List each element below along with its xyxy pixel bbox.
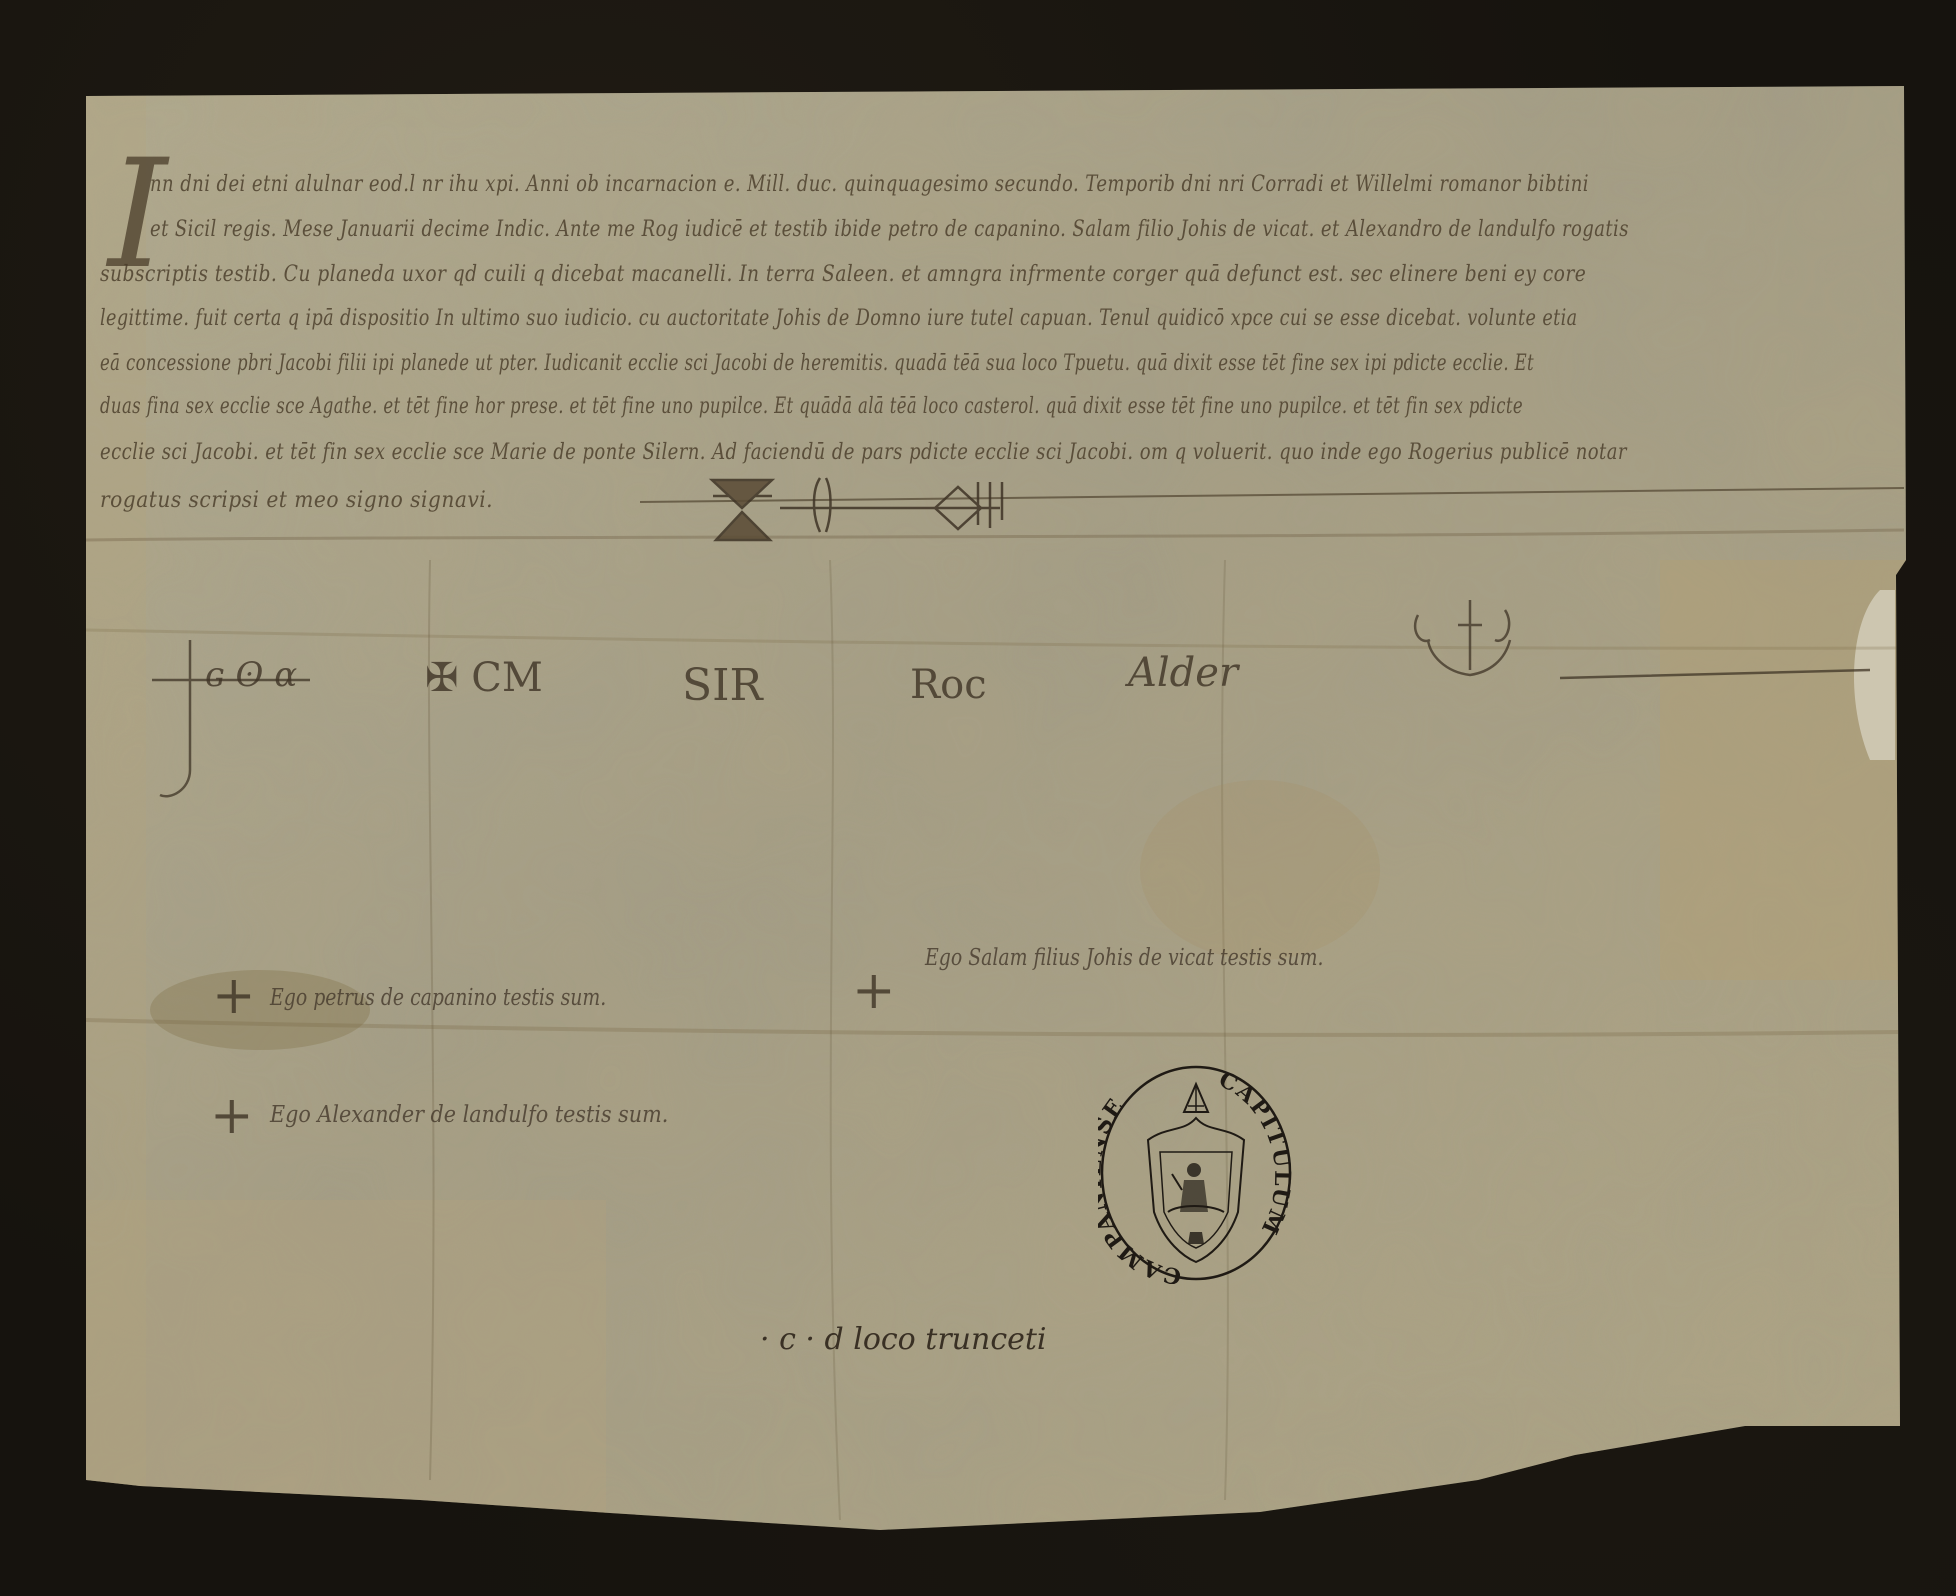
subscription-cross-icon: + [210,1090,254,1142]
signum-4: Roc [910,662,987,708]
signum-3: SIR [682,660,763,711]
charter-text-line-2: et Sicil regis. Mese Januarii decime Ind… [150,217,1629,242]
signum-5: Alder [1128,650,1238,696]
stamp-legend-left: CAMPANIENSE [1098,1093,1183,1284]
charter-text-line-5: eā concessione pbri Jacobi filii ipi pla… [100,351,1534,376]
archive-stamp: CAMPANIENSE CAPITULUM [1098,1062,1294,1284]
subscription-cross-icon: + [852,965,896,1017]
archival-annotation: · c · d loco trunceti [760,1322,1047,1357]
charter-text-line-8: rogatus scripsi et meo signo signavi. [100,488,493,513]
subscription-cross-icon: + [212,970,256,1022]
signum-2: ✠ CM [425,655,543,701]
subscription-3: Ego Alexander de landulfo testis sum. [270,1102,668,1128]
stamp-seal-icon: CAMPANIENSE CAPITULUM [1098,1062,1294,1284]
charter-text-line-1: nn dni dei etni alulnar eod.l nr ihu xpi… [150,172,1589,197]
subscription-1: Ego petrus de capanino testis sum. [270,985,606,1011]
signum-1: ɢ ʘ ɑ [205,655,297,695]
subscription-2: Ego Salam filius Johis de vicat testis s… [925,945,1323,971]
charter-text-line-7: ecclie sci Jacobi. et tēt fin sex ecclie… [100,440,1627,465]
charter-text-line-3: subscriptis testib. Cu planeda uxor qd c… [100,262,1586,287]
charter-text-line-4: legittime. fuit certa q ipā dispositio I… [100,306,1578,331]
charter-text-line-6: duas fina sex ecclie sce Agathe. et tēt … [100,394,1523,419]
